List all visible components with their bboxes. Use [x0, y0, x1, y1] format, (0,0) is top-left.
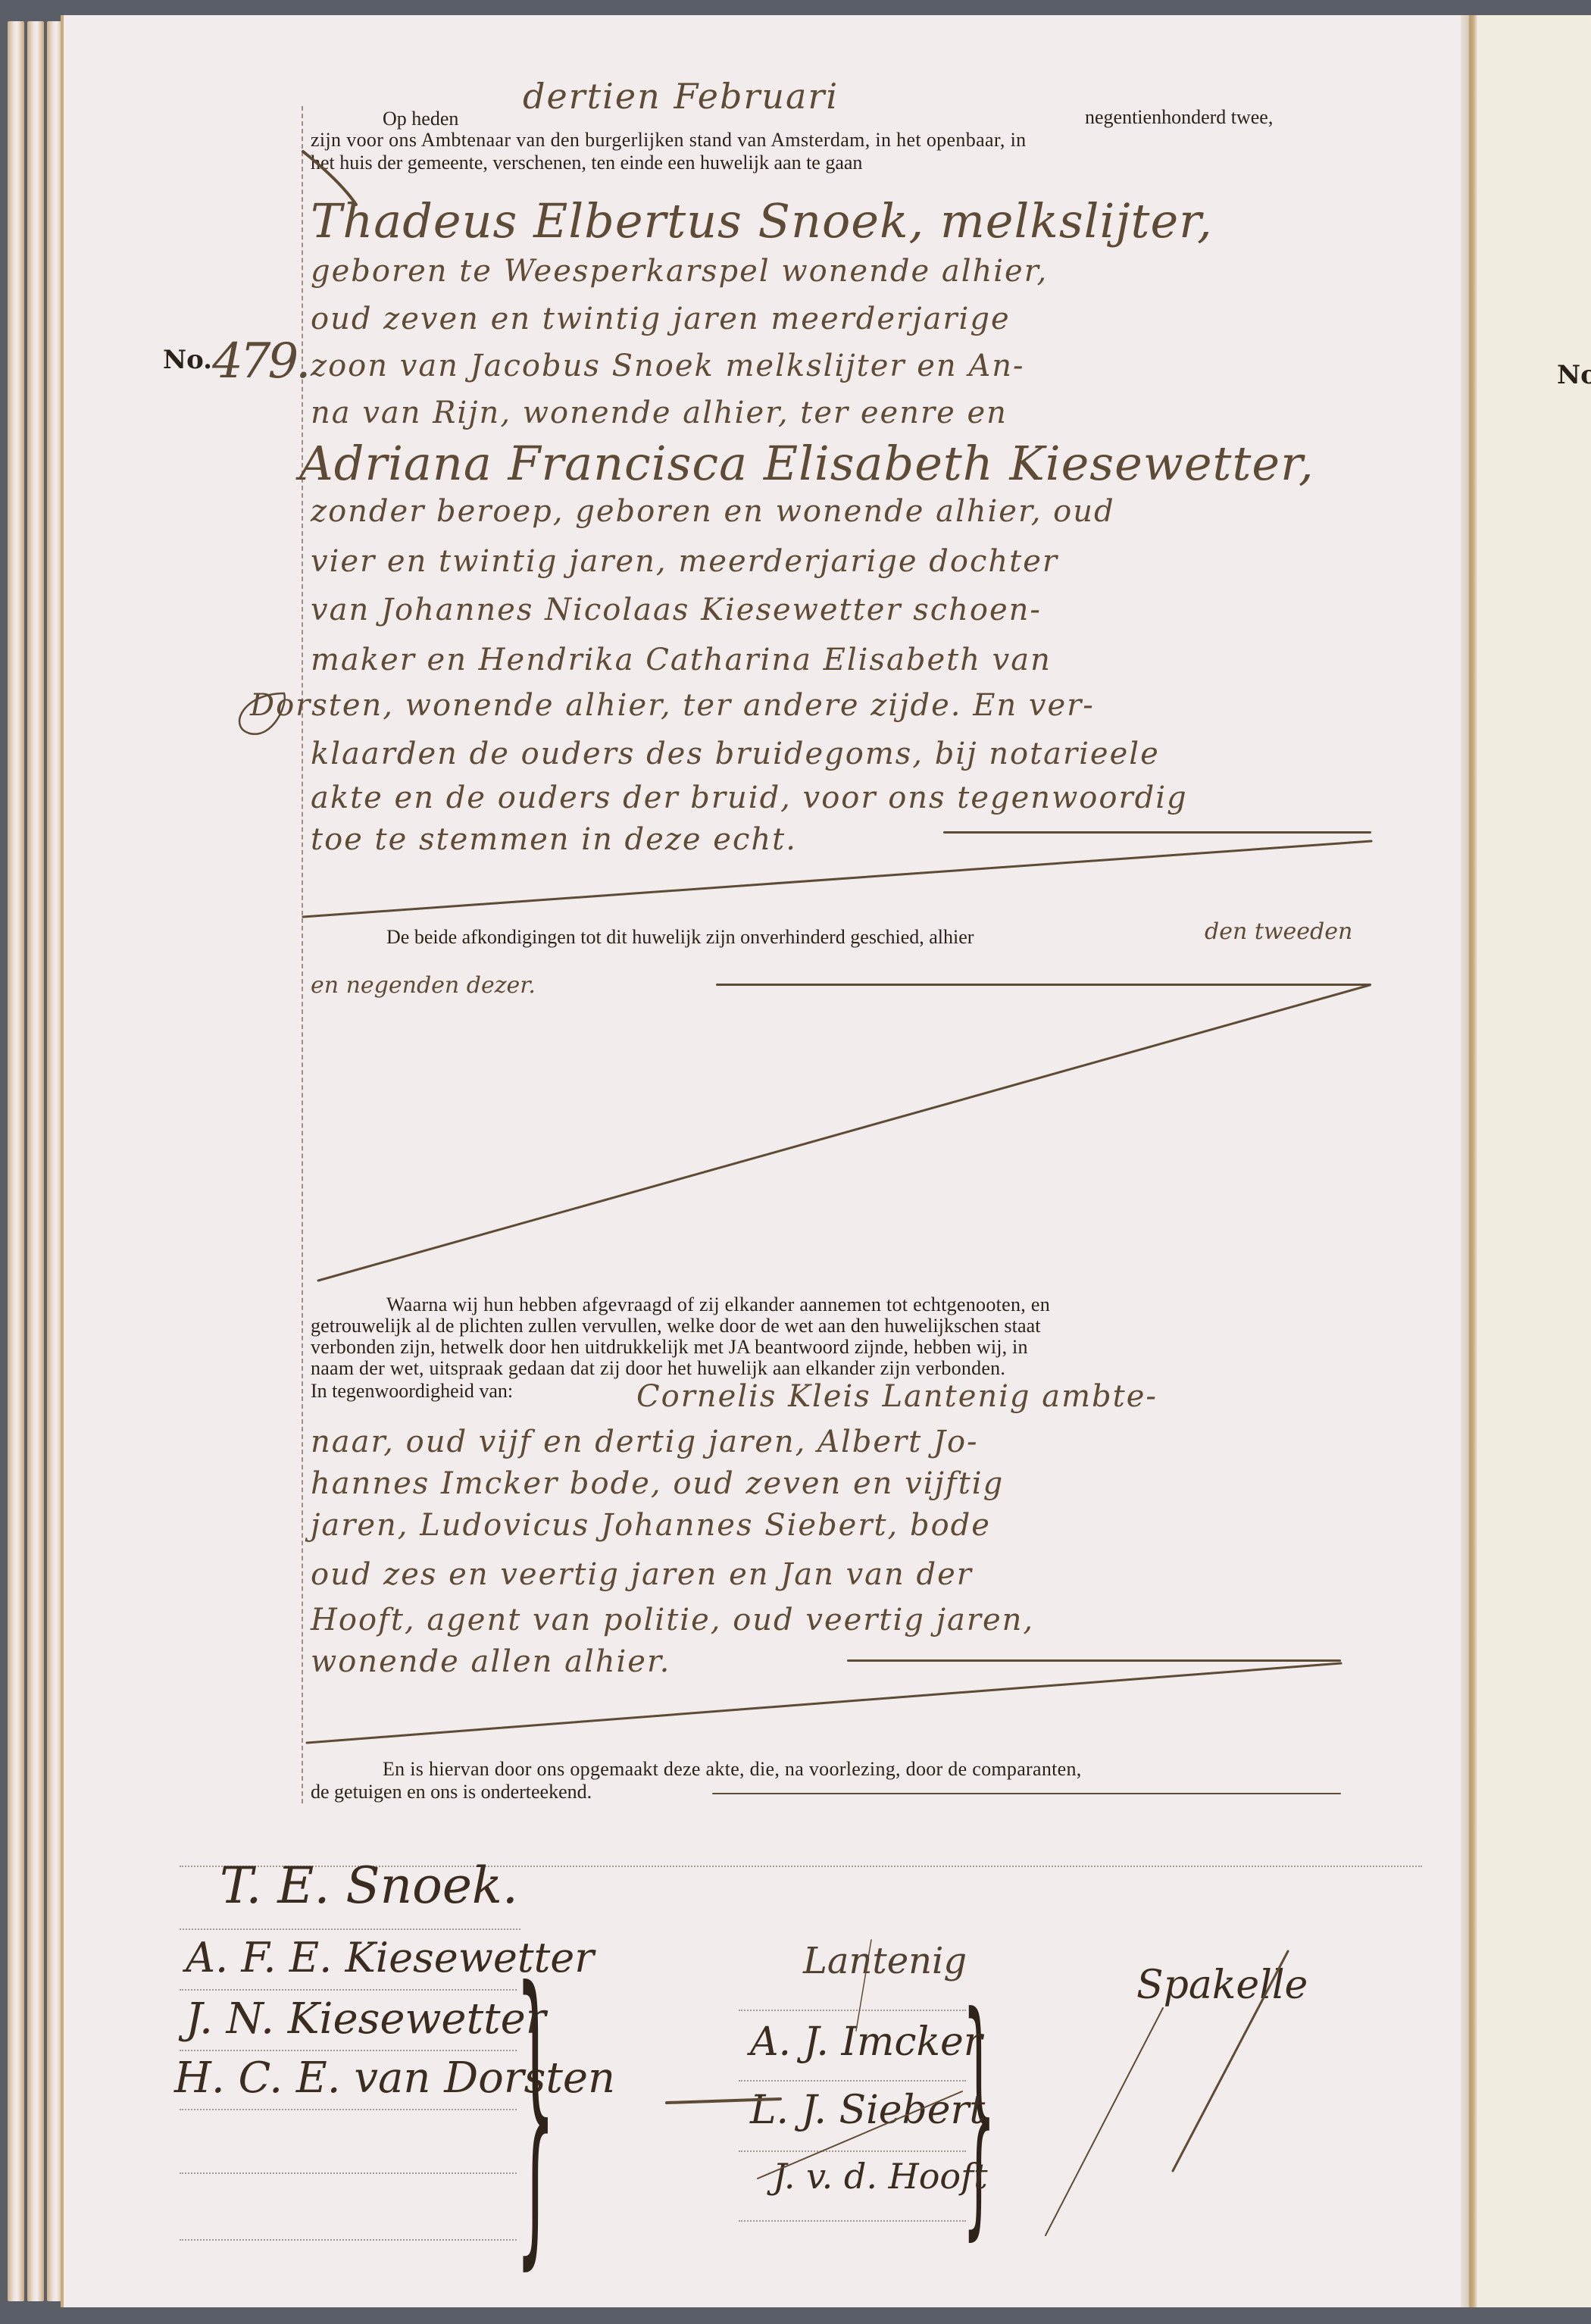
ink-strokes [0, 0, 1591, 2324]
